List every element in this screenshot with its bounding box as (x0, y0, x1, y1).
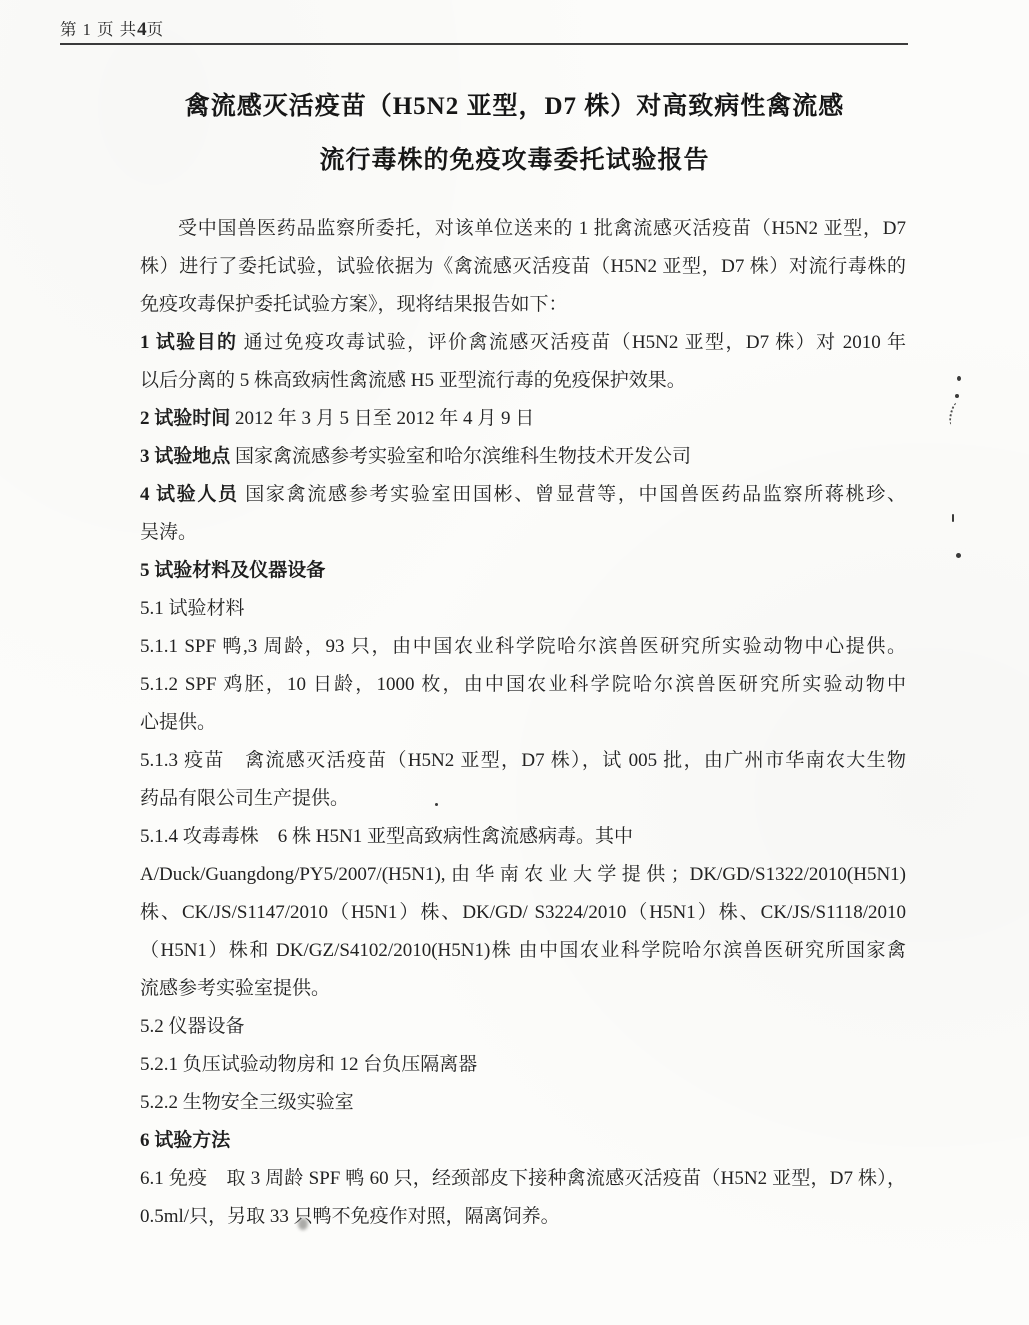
section1-purpose-line1: 1 试验目的 通过免疫攻毒试验，评价禽流感灭活疫苗（H5N2 亚型，D7 株）对… (140, 324, 906, 362)
scan-speck (956, 553, 961, 558)
total-pages-handwritten: 4 (137, 19, 147, 40)
report-title-line1: 禽流感灭活疫苗（H5N2 亚型，D7 株）对高致病性禽流感 (0, 80, 1029, 134)
item-5-1-3-vaccine-line2: 药品有限公司生产提供。 (140, 780, 906, 818)
report-title-line2: 流行毒株的免疫攻毒委托试验报告 (0, 134, 1029, 188)
intro-paragraph-line2: 株）进行了委托试验，试验依据为《禽流感灭活疫苗（H5N2 亚型，D7 株）对流行… (140, 248, 906, 286)
section5-heading: 5 试验材料及仪器设备 (140, 552, 906, 590)
scanned-document-page: 第 1 页 共4页 禽流感灭活疫苗（H5N2 亚型，D7 株）对高致病性禽流感 … (0, 0, 1029, 1325)
item-6-1-immunization-line2: 0.5ml/只，另取 33 只鸭不免疫作对照，隔离饲养。 (140, 1198, 906, 1236)
scan-speck (957, 376, 961, 381)
item-5-1-1-spf-duck: 5.1.1 SPF 鸭,3 周龄，93 只，由中国农业科学院哈尔滨兽医研究所实验… (140, 628, 906, 666)
item-5-1-4-strains-line5: 流感参考实验室提供。 (140, 970, 906, 1008)
report-title: 禽流感灭活疫苗（H5N2 亚型，D7 株）对高致病性禽流感 流行毒株的免疫攻毒委… (0, 80, 1029, 188)
page-number-label: 第 1 页 共 (60, 20, 137, 39)
item-6-1-immunization-line1: 6.1 免疫 取 3 周龄 SPF 鸭 60 只，经颈部皮下接种禽流感灭活疫苗（… (140, 1160, 906, 1198)
item-5-1-4-strains-line2: A/Duck/Guangdong/PY5/2007/(H5N1),由华南农业大学… (140, 856, 906, 894)
section2-time: 2 试验时间 2012 年 3 月 5 日至 2012 年 4 月 9 日 (140, 400, 906, 438)
section1-purpose-line2: 以后分离的 5 株高致病性禽流感 H5 亚型流行毒的免疫保护效果。 (140, 362, 906, 400)
section3-location: 3 试验地点 国家禽流感参考实验室和哈尔滨维科生物技术开发公司 (140, 438, 906, 476)
section4-personnel-line2: 吴涛。 (140, 514, 906, 552)
item-5-1-3-vaccine-line1: 5.1.3 疫苗 禽流感灭活疫苗（H5N2 亚型，D7 株），试 005 批，由… (140, 742, 906, 780)
scan-speck (435, 803, 438, 806)
section5-1-heading: 5.1 试验材料 (140, 590, 906, 628)
section6-heading: 6 试验方法 (140, 1122, 906, 1160)
item-5-1-4-strains-line1: 5.1.4 攻毒毒株 6 株 H5N1 亚型高致病性禽流感病毒。其中 (140, 818, 906, 856)
item-5-2-2-bsl3-lab: 5.2.2 生物安全三级实验室 (140, 1084, 906, 1122)
section5-2-heading: 5.2 仪器设备 (140, 1008, 906, 1046)
intro-paragraph-line3: 免疫攻毒保护委托试验方案》，现将结果报告如下： (140, 286, 906, 324)
item-5-1-2-egg-line1: 5.1.2 SPF 鸡胚，10 日龄，1000 枚，由中国农业科学院哈尔滨兽医研… (140, 666, 906, 704)
item-5-1-2-egg-line2: 心提供。 (140, 704, 906, 742)
scan-smudge (298, 1218, 308, 1230)
section4-personnel-line1: 4 试验人员 国家禽流感参考实验室田国彬、曾显营等，中国兽医药品监察所蒋桃珍、 (140, 476, 906, 514)
item-5-1-4-strains-line4: （H5N1）株和 DK/GZ/S4102/2010(H5N1)株 由中国农业科学… (140, 932, 906, 970)
page-header: 第 1 页 共4页 (60, 19, 908, 45)
page-suffix: 页 (147, 20, 165, 39)
intro-paragraph-line1: 受中国兽医药品监察所委托，对该单位送来的 1 批禽流感灭活疫苗（H5N2 亚型，… (140, 210, 906, 248)
scan-speck (955, 394, 959, 398)
document-body: 受中国兽医药品监察所委托，对该单位送来的 1 批禽流感灭活疫苗（H5N2 亚型，… (140, 210, 906, 1236)
scan-squiggle (947, 401, 963, 427)
scan-speck (952, 514, 954, 522)
item-5-2-1-isolators: 5.2.1 负压试验动物房和 12 台负压隔离器 (140, 1046, 906, 1084)
item-5-1-4-strains-line3: 株、CK/JS/S1147/2010（H5N1）株、DK/GD/ S3224/2… (140, 894, 906, 932)
